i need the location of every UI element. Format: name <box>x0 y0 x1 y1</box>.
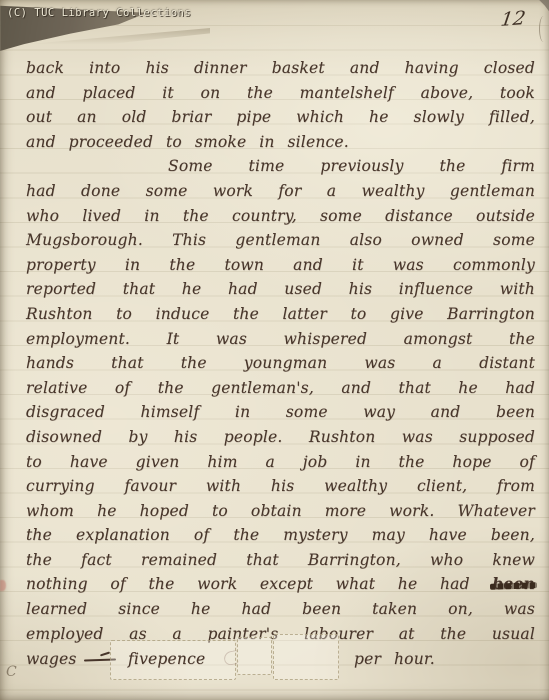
manuscript-line-with-deletion: nothing of the work except what he had b… <box>26 572 535 597</box>
manuscript-page: (C) TUC Library Collections 12 back into… <box>0 0 549 700</box>
manuscript-line: employment. It was whispered amongst the <box>26 327 535 352</box>
manuscript-line: out an old briar pipe which he slowly fi… <box>26 105 535 130</box>
page-number: 12 <box>499 7 527 31</box>
manuscript-line-paragraph-end: and proceeded to smoke in silence. <box>26 130 535 155</box>
manuscript-line: back into his dinner basket and having c… <box>26 56 535 81</box>
manuscript-line: disgraced himself in some way and been <box>26 400 535 425</box>
handwritten-text-block: back into his dinner basket and having c… <box>26 56 535 693</box>
manuscript-line: reported that he had used his influence … <box>26 277 535 302</box>
manuscript-line: who lived in the country, some distance … <box>26 204 535 229</box>
margin-fleck <box>0 580 6 591</box>
manuscript-line: the explanation of the mystery may have … <box>26 523 535 548</box>
manuscript-line: the fact remained that Barrington, who k… <box>26 548 535 573</box>
dash-tick <box>100 652 110 657</box>
edge-curl <box>539 16 548 42</box>
fivepence-word: fivepence <box>128 647 205 672</box>
erasure-patch <box>237 637 272 675</box>
manuscript-line: relative of the gentleman's, and that he… <box>26 376 535 401</box>
manuscript-line: disowned by his people. Rushton was supp… <box>26 425 535 450</box>
manuscript-line-text: nothing of the work except what he had <box>26 575 470 593</box>
wages-word: wages <box>26 647 77 672</box>
library-watermark: (C) TUC Library Collections <box>7 7 191 19</box>
corner-letter-mark: C <box>6 664 17 680</box>
manuscript-line: and placed it on the mantelshelf above, … <box>26 81 535 106</box>
manuscript-last-line: wages fivepence per hour. <box>26 647 535 693</box>
per-hour-words: per hour. <box>354 647 435 672</box>
manuscript-line: whom he hoped to obtain more work. Whate… <box>26 499 535 524</box>
manuscript-line: Rushton to induce the latter to give Bar… <box>26 302 535 327</box>
manuscript-line: had done some work for a wealthy gentlem… <box>26 179 535 204</box>
manuscript-line-paragraph-start: Some time previously the firm <box>26 154 535 179</box>
manuscript-line: currying favour with his wealthy client,… <box>26 474 535 499</box>
manuscript-line: learned since he had been taken on, was <box>26 597 535 622</box>
manuscript-line: property in the town and it was commonly <box>26 253 535 278</box>
manuscript-line: to have given him a job in the hope of <box>26 450 535 475</box>
erasure-patch <box>273 634 339 680</box>
manuscript-line: Mugsborough. This gentleman also owned s… <box>26 228 535 253</box>
edge-nick <box>535 0 549 16</box>
manuscript-line: hands that the youngman was a distant <box>26 351 535 376</box>
scribbled-out-word: been <box>492 572 535 597</box>
